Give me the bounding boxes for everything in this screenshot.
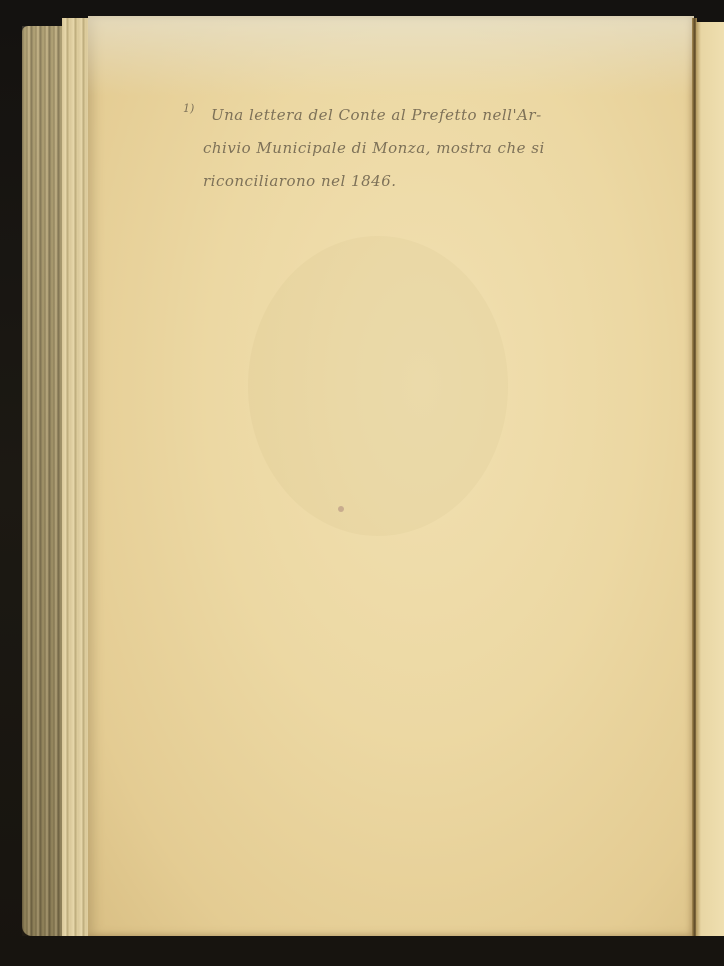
facing-page [696, 22, 724, 936]
handwritten-line-3: riconciliarono nel 1846. [203, 166, 397, 197]
handwritten-line-1: Una lettera del Conte al Prefetto nell'A… [211, 100, 542, 131]
handwritten-line-2: chivio Municipale di Monza, mostra che s… [203, 133, 545, 164]
paper-discoloration [248, 236, 508, 536]
footnote-marker: 1) [183, 102, 194, 115]
